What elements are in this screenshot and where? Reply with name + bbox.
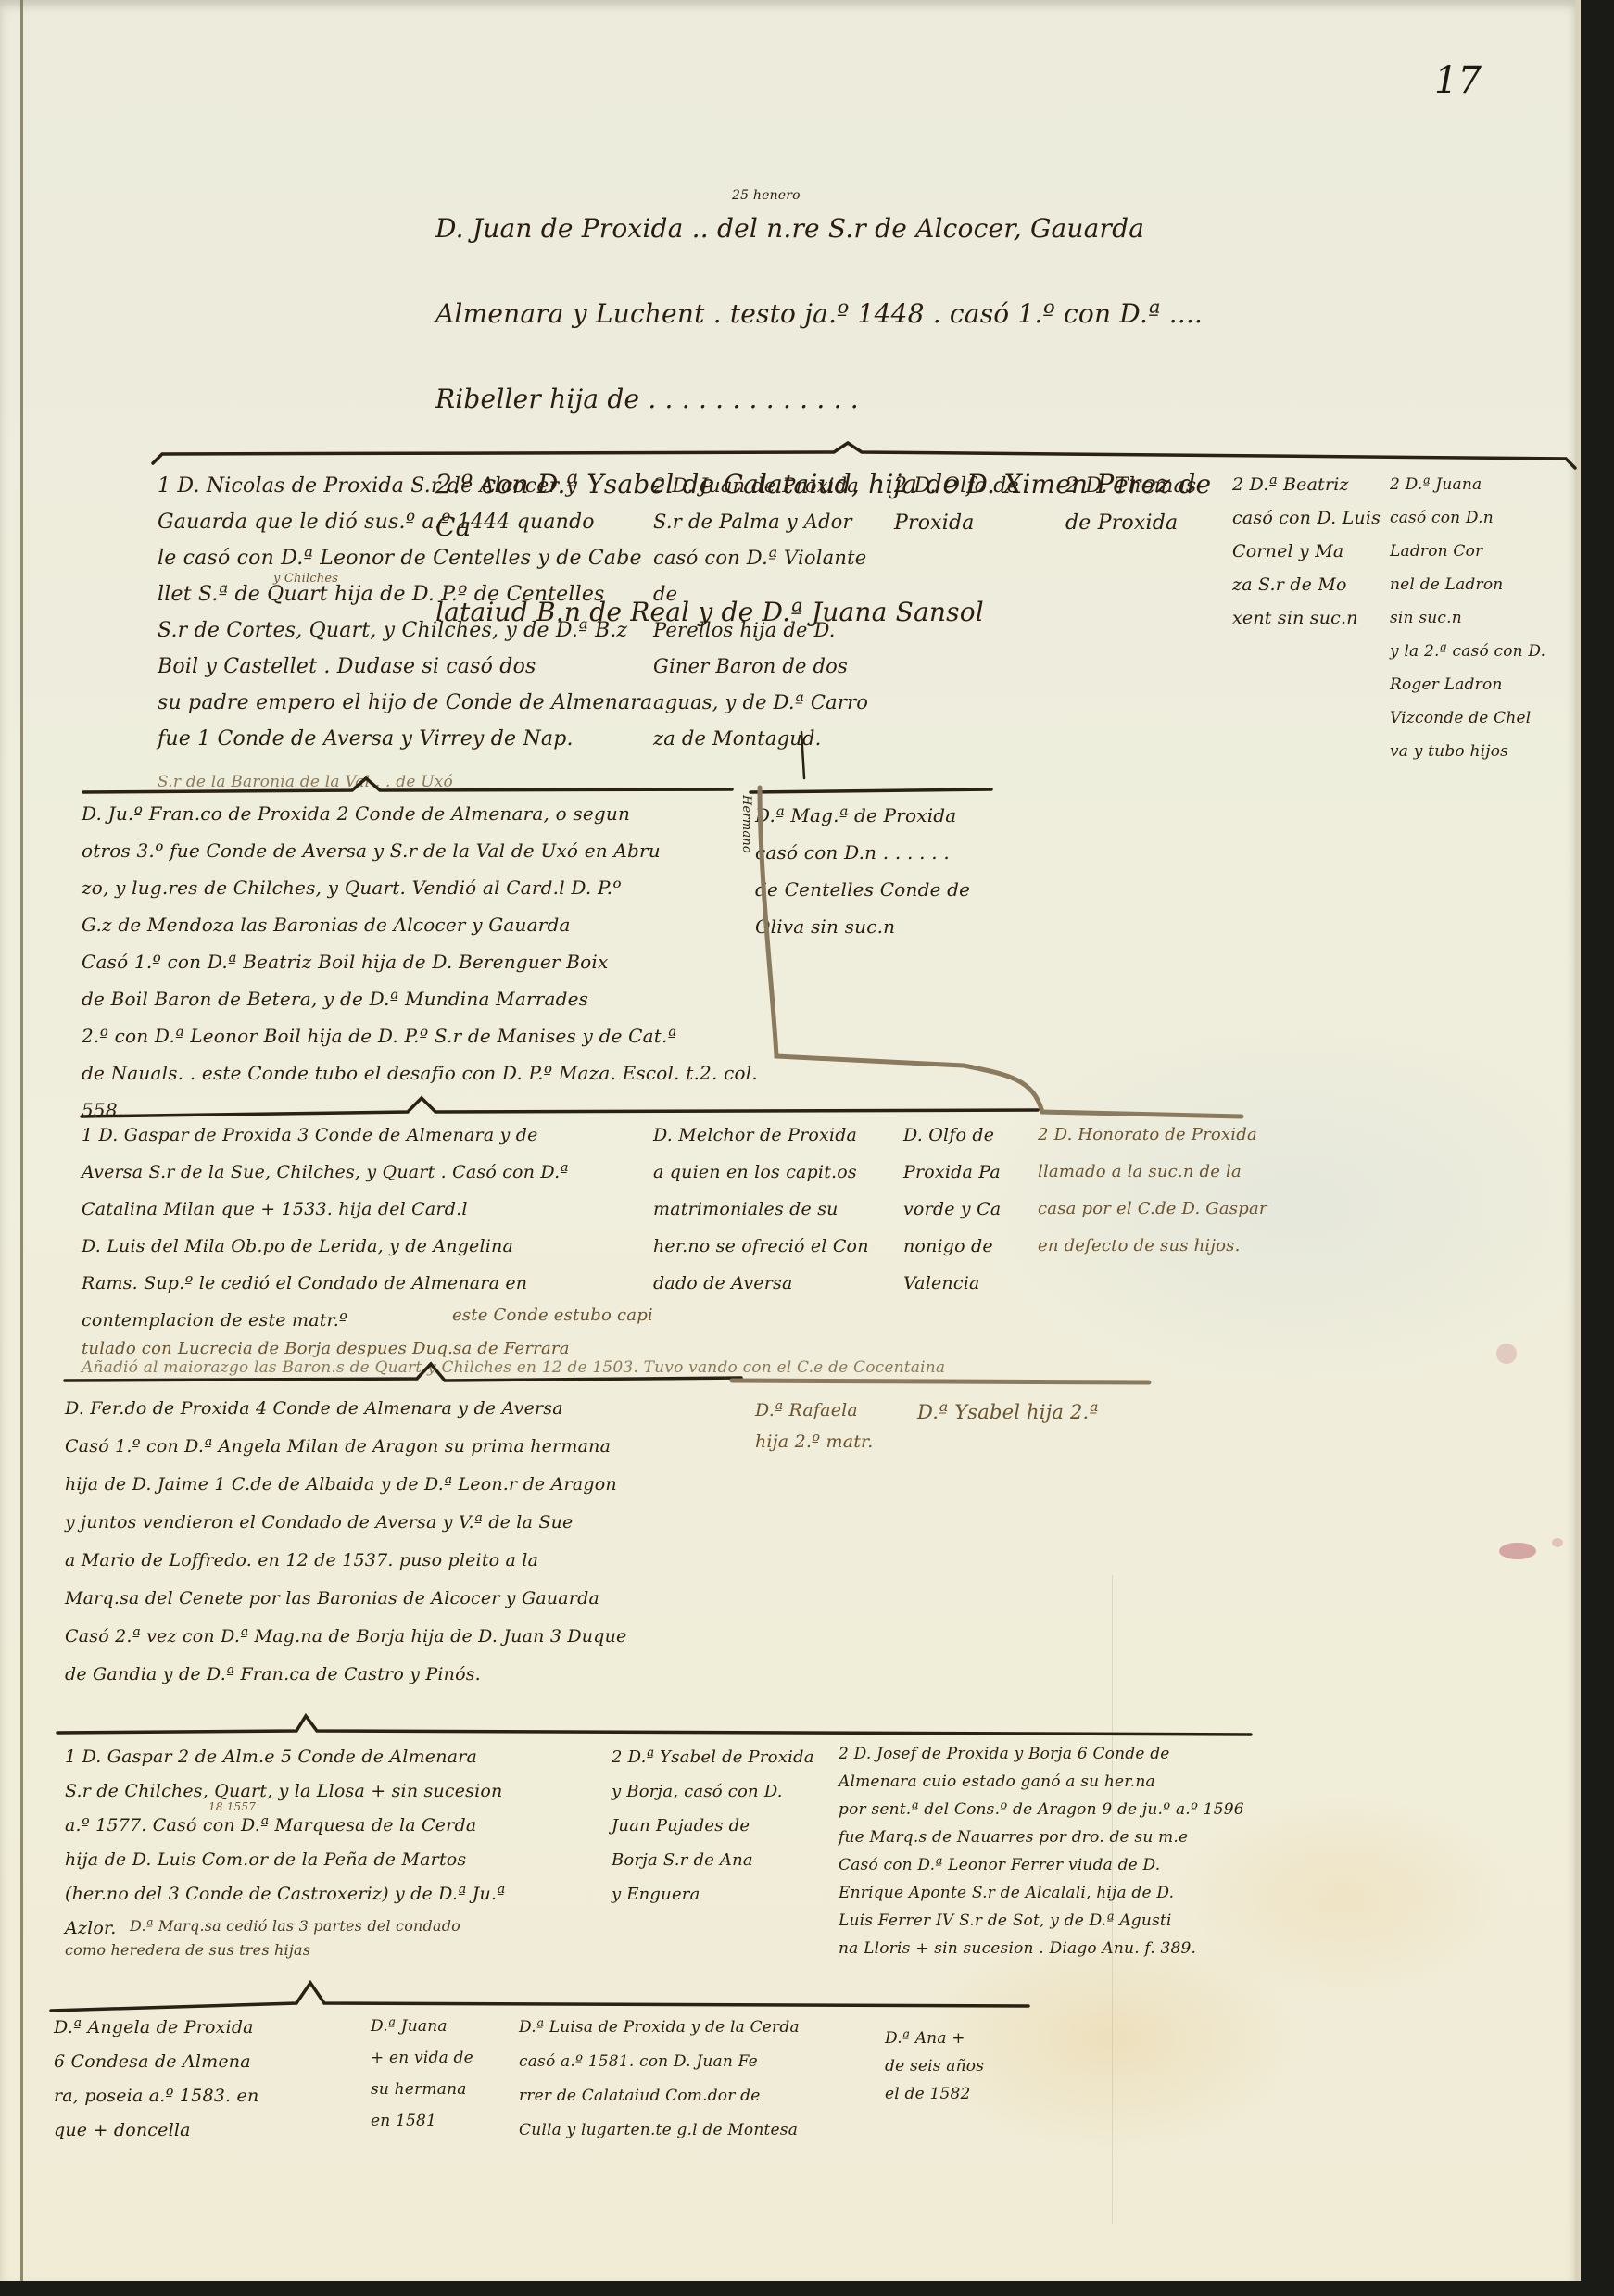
entry-ana: D.ª Ana + de seis años el de 1582 <box>885 2025 1015 2108</box>
margin-note: Añadió al maiorazgo las Baron.s de Quart… <box>82 1356 1129 1379</box>
folio-number: 17 <box>1434 59 1482 102</box>
margin-note: S.r de la Baronia de la Val . . de Uxó <box>158 771 676 793</box>
entry-rafaela: D.ª Rafaela hija 2.º matr. <box>755 1394 894 1457</box>
entry-honorato: 2 D. Honorato de Proxida llamado a la su… <box>1038 1116 1316 1265</box>
interlinear-note: 18 1557 <box>208 1793 256 1821</box>
entry-juan-francisco: D. Ju.º Fran.co de Proxida 2 Conde de Al… <box>82 795 767 1129</box>
later-note: D.ª Marq.sa cedió las 3 partes del conda… <box>65 1914 621 1962</box>
entry-nicolas: 1 D. Nicolas de Proxida S.r de Alcocer y… <box>158 468 658 757</box>
interlinear-note: y Chilches <box>273 565 338 593</box>
entry-magdalena: D.ª Mag.ª de Proxida casó con D.n . . . … <box>755 797 996 945</box>
entry-isabel: D.ª Ysabel hija 2.ª <box>917 1394 1158 1430</box>
entry-olfo-2: D. Olfo de Proxida Pa vorde y Ca nonigo … <box>903 1116 1038 1302</box>
entry-beatriz: 2 D.ª Beatriz casó con D. Luis Cornel y … <box>1232 468 1390 635</box>
entry-josef: 2 D. Josef de Proxida y Borja 6 Conde de… <box>839 1740 1274 1962</box>
entry-juana: 2 D.ª Juana casó con D.n Ladron Cor nel … <box>1390 468 1547 768</box>
entry-isabel-borja: 2 D.ª Ysabel de Proxida y Borja, casó co… <box>612 1740 815 1911</box>
header-line: Ribeller hija de . . . . . . . . . . . .… <box>435 378 1214 421</box>
entry-thomas: 2 D. Thomas de Proxida <box>1065 468 1223 542</box>
entry-luisa: D.ª Luisa de Proxida y de la Cerda casó … <box>519 2011 862 2148</box>
red-stain <box>1496 1344 1517 1364</box>
red-stain <box>1499 1543 1536 1559</box>
entry-melchor: D. Melchor de Proxida a quien en los cap… <box>653 1116 903 1302</box>
entry-angela: D.ª Angela de Proxida 6 Condesa de Almen… <box>54 2011 332 2148</box>
entry-juana-2: D.ª Juana + en vida de su hermana en 158… <box>371 2011 510 2137</box>
entry-fernando: D. Fer.do de Proxida 4 Conde de Almenara… <box>65 1390 741 1694</box>
entry-olfo: 2 D. Olfo de Proxida <box>894 468 1070 542</box>
entry-juan: 2 D. Juan de Proxida S.r de Palma y Ador… <box>653 468 894 757</box>
header-line: Almenara y Luchent . testo ja.º 1448 . c… <box>435 293 1214 335</box>
red-stain <box>1552 1538 1563 1547</box>
binding-thread <box>20 0 23 2281</box>
header-line: D. Juan de Proxida .. del n.re S.r de Al… <box>435 208 1214 250</box>
interlinear-note: 25 henero <box>732 182 801 209</box>
